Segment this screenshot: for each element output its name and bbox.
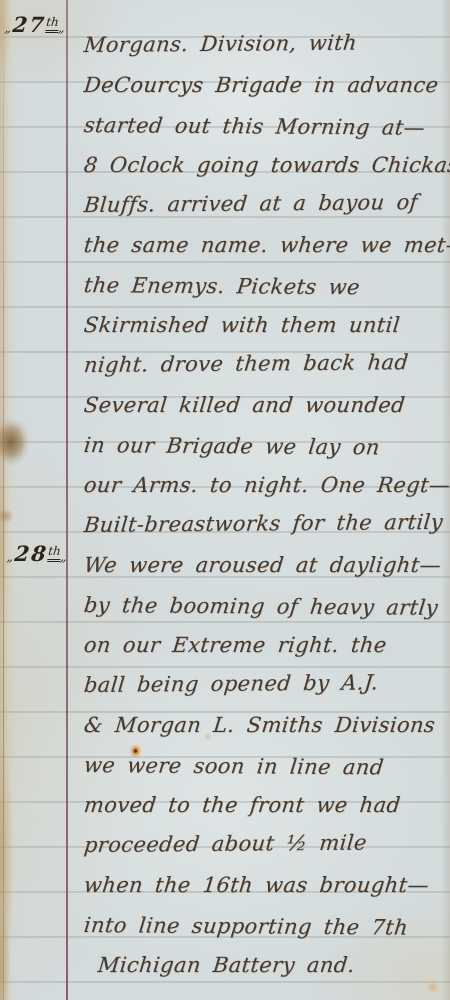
manuscript-text: Morgans. Division, with DeCourcys Brigad… — [84, 25, 446, 985]
manuscript-line: 8 Oclock going towards Chickasaw — [82, 145, 448, 185]
manuscript-line: in our Brigade we lay on — [82, 425, 448, 468]
manuscript-line: started out this Morning at— — [82, 105, 448, 148]
diary-page: „27th„ „28th„ Morgans. Division, with De… — [0, 0, 450, 1000]
manuscript-line: the same name. where we met— — [82, 225, 448, 265]
manuscript-line: we were soon in line and — [82, 745, 448, 788]
manuscript-line: Michigan Battery and. — [82, 945, 448, 985]
margin-rule-line — [66, 0, 68, 1000]
manuscript-line: DeCourcys Brigade in advance — [82, 65, 448, 105]
manuscript-line: on our Extreme right. the — [82, 625, 448, 665]
manuscript-line: Several killed and wounded — [82, 385, 448, 425]
manuscript-line: We were aroused at daylight— — [82, 545, 448, 585]
manuscript-line: night. drove them back had — [82, 342, 448, 385]
manuscript-line: the Enemys. Pickets we — [82, 265, 448, 308]
manuscript-line: Morgans. Division, with — [82, 22, 448, 65]
entry-date-27: „27th„ — [4, 12, 68, 37]
manuscript-line: Bluffs. arrived at a bayou of — [82, 182, 448, 225]
manuscript-line: & Morgan L. Smiths Divisions — [82, 705, 448, 745]
manuscript-line: into line supporting the 7th — [82, 905, 448, 948]
manuscript-line: Skirmished with them until — [82, 305, 448, 345]
date-suffix-mark: „ — [57, 21, 66, 36]
entry-date-28: „28th„ — [6, 541, 70, 566]
date-number: 28 — [13, 541, 49, 566]
paper-edge-line — [3, 0, 4, 1000]
manuscript-line: moved to the front we had — [82, 785, 448, 825]
manuscript-line: when the 16th was brought— — [82, 865, 448, 905]
date-suffix-mark: „ — [59, 550, 68, 565]
date-number: 27 — [11, 12, 47, 37]
manuscript-line: our Arms. to night. One Regt— — [82, 465, 448, 505]
manuscript-line: by the booming of heavy artly — [82, 585, 448, 628]
manuscript-line: proceeded about ½ mile — [82, 822, 448, 865]
manuscript-line: Built-breastworks for the artily — [82, 502, 448, 545]
manuscript-line: ball being opened by A.J. — [82, 662, 448, 705]
